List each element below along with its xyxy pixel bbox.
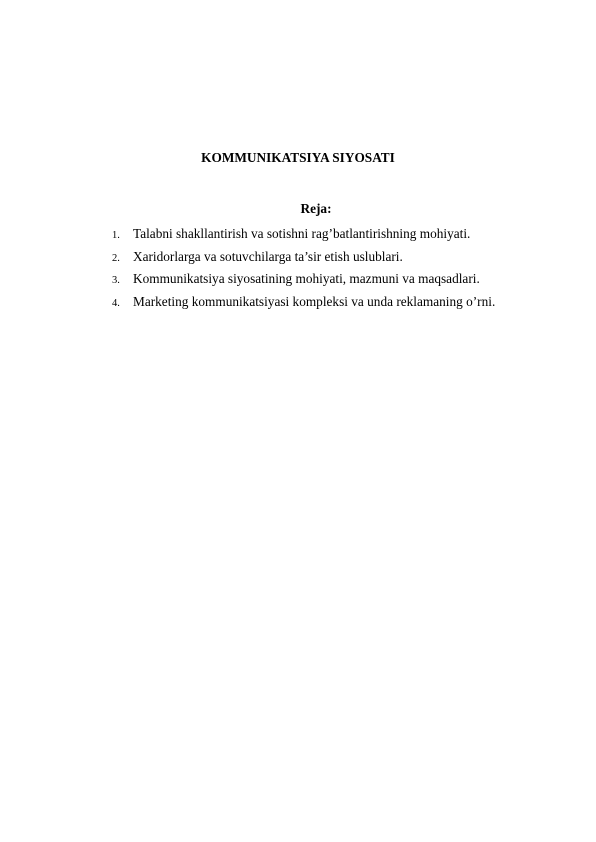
plan-item-text: Kommunikatsiya siyosatining mohiyati, ma… bbox=[133, 271, 480, 287]
plan-item-text: Talabni shakllantirish va sotishni rag’b… bbox=[133, 226, 470, 242]
plan-item: 3. Kommunikatsiya siyosatining mohiyati,… bbox=[112, 271, 495, 294]
plan-item-number: 1. bbox=[112, 228, 133, 244]
plan-item-text: Marketing kommunikatsiyasi kompleksi va … bbox=[133, 294, 495, 310]
plan-item-number: 4. bbox=[112, 296, 133, 312]
plan-item-number: 2. bbox=[112, 251, 133, 267]
plan-item-text: Xaridorlarga va sotuvchilarga ta’sir eti… bbox=[133, 249, 403, 265]
plan-item: 2. Xaridorlarga va sotuvchilarga ta’sir … bbox=[112, 249, 495, 272]
plan-list: 1. Talabni shakllantirish va sotishni ra… bbox=[112, 226, 495, 317]
plan-item: 1. Talabni shakllantirish va sotishni ra… bbox=[112, 226, 495, 249]
plan-item: 4. Marketing kommunikatsiyasi kompleksi … bbox=[112, 294, 495, 317]
plan-item-number: 3. bbox=[112, 273, 133, 289]
document-title: KOMMUNIKATSIYA SIYOSATI bbox=[0, 150, 596, 166]
plan-heading: Reja: bbox=[0, 201, 596, 217]
